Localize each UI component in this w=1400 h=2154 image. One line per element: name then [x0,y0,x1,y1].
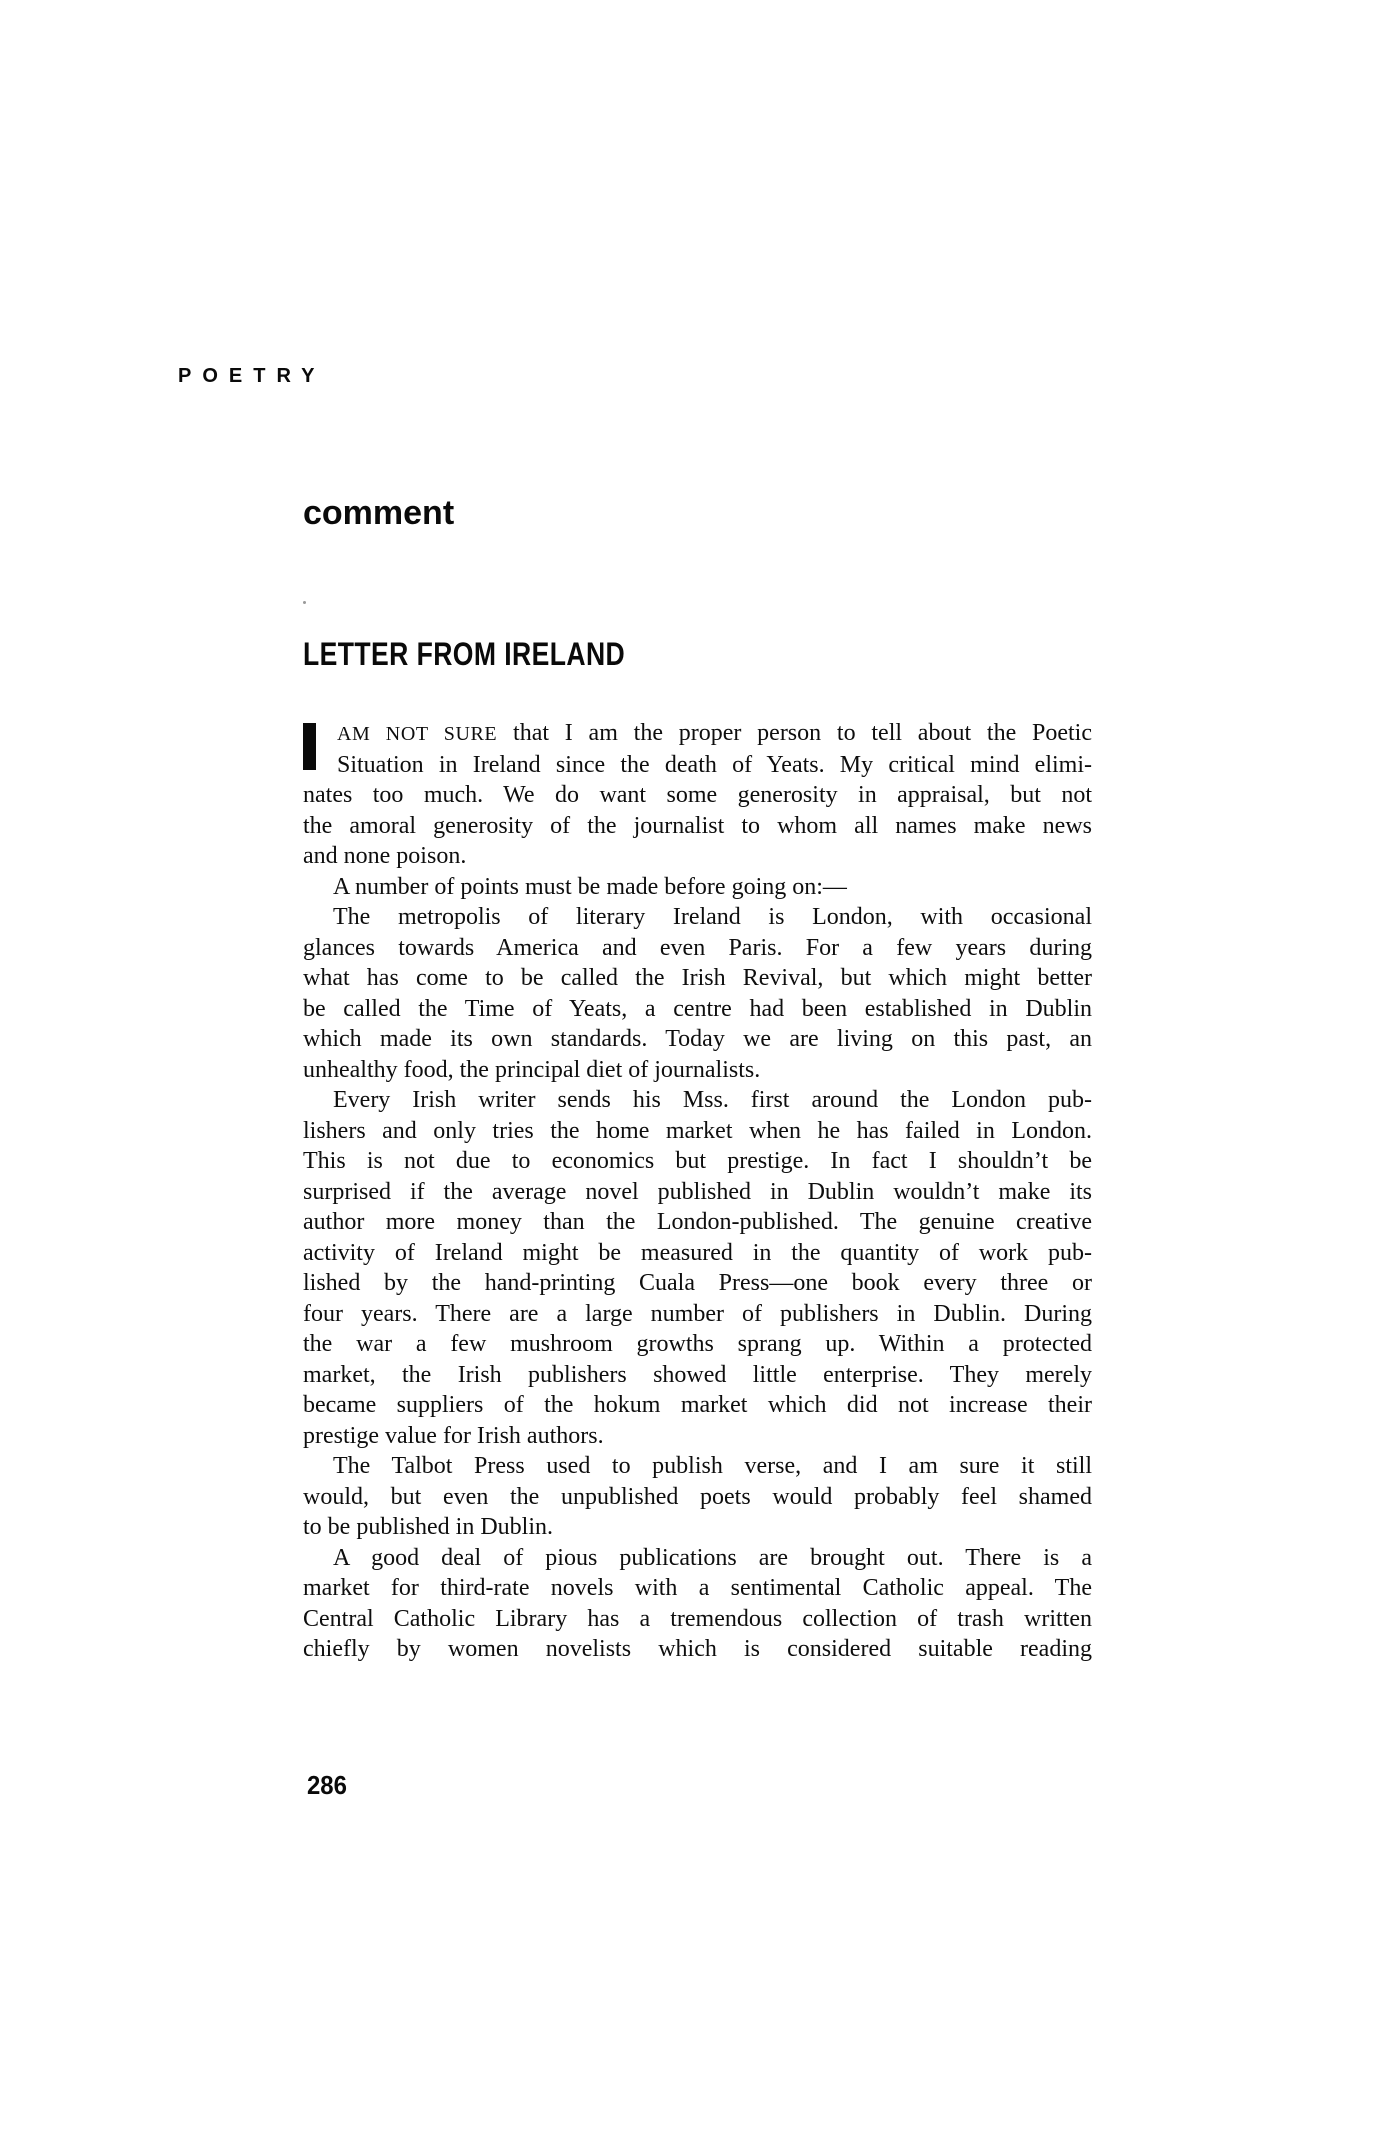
text-line: became suppliers of the hokum market whi… [303,1390,1092,1421]
text-line: Situation in Ireland since the death of … [303,750,1092,781]
text-line: The Talbot Press used to publish verse, … [303,1451,1092,1482]
text-line: which made its own standards. Today we a… [303,1024,1092,1055]
scan-artifact-dot [303,601,306,604]
magazine-page: POETRY comment LETTER FROM IRELAND IAM N… [0,0,1400,2154]
text-line: lished by the hand-printing Cuala Press—… [303,1268,1092,1299]
text-line: would, but even the unpublished poets wo… [303,1482,1092,1513]
text-line: four years. There are a large number of … [303,1299,1092,1330]
text-line: The metropolis of literary Ireland is Lo… [303,902,1092,933]
text-line: what has come to be called the Irish Rev… [303,963,1092,994]
text-line: market, the Irish publishers showed litt… [303,1360,1092,1391]
text-line: Central Catholic Library has a tremendou… [303,1604,1092,1635]
text-line: and none poison. [303,841,1092,872]
text-line: to be published in Dublin. [303,1512,1092,1543]
text-line: market for third-rate novels with a sent… [303,1573,1092,1604]
text-line: Every Irish writer sends his Mss. first … [303,1085,1092,1116]
text-line: be called the Time of Yeats, a centre ha… [303,994,1092,1025]
text-line: AM NOT SURE that I am the proper person … [303,718,1092,750]
article-title: LETTER FROM IRELAND [303,637,625,671]
lead-small-caps: AM NOT SURE [337,723,497,745]
paragraph: A number of points must be made before g… [303,872,1092,903]
page-number: 286 [307,1771,347,1799]
text-line: the amoral generosity of the journalist … [303,811,1092,842]
text-line: the war a few mushroom growths sprang up… [303,1329,1092,1360]
section-title: comment [303,495,454,531]
text-line: A good deal of pious publications are br… [303,1543,1092,1574]
text-line: author more money than the London-publis… [303,1207,1092,1238]
text-line: This is not due to economics but prestig… [303,1146,1092,1177]
article-body: IAM NOT SURE that I am the proper person… [303,718,1092,1665]
magazine-header: POETRY [178,366,326,386]
paragraph: The metropolis of literary Ireland is Lo… [303,902,1092,1085]
text-line: nates too much. We do want some generosi… [303,780,1092,811]
text-line: activity of Ireland might be measured in… [303,1238,1092,1269]
text-line: lishers and only tries the home market w… [303,1116,1092,1147]
text-line: A number of points must be made before g… [303,872,1092,903]
paragraph: The Talbot Press used to publish verse, … [303,1451,1092,1543]
text-line: unhealthy food, the principal diet of jo… [303,1055,1092,1086]
text-line: surprised if the average novel published… [303,1177,1092,1208]
drop-cap-letter: I [303,723,316,770]
text-line: prestige value for Irish authors. [303,1421,1092,1452]
paragraph: Every Irish writer sends his Mss. first … [303,1085,1092,1451]
text-line: glances towards America and even Paris. … [303,933,1092,964]
text-line: chiefly by women novelists which is cons… [303,1634,1092,1665]
paragraph: A good deal of pious publications are br… [303,1543,1092,1665]
paragraph: IAM NOT SURE that I am the proper person… [303,718,1092,872]
